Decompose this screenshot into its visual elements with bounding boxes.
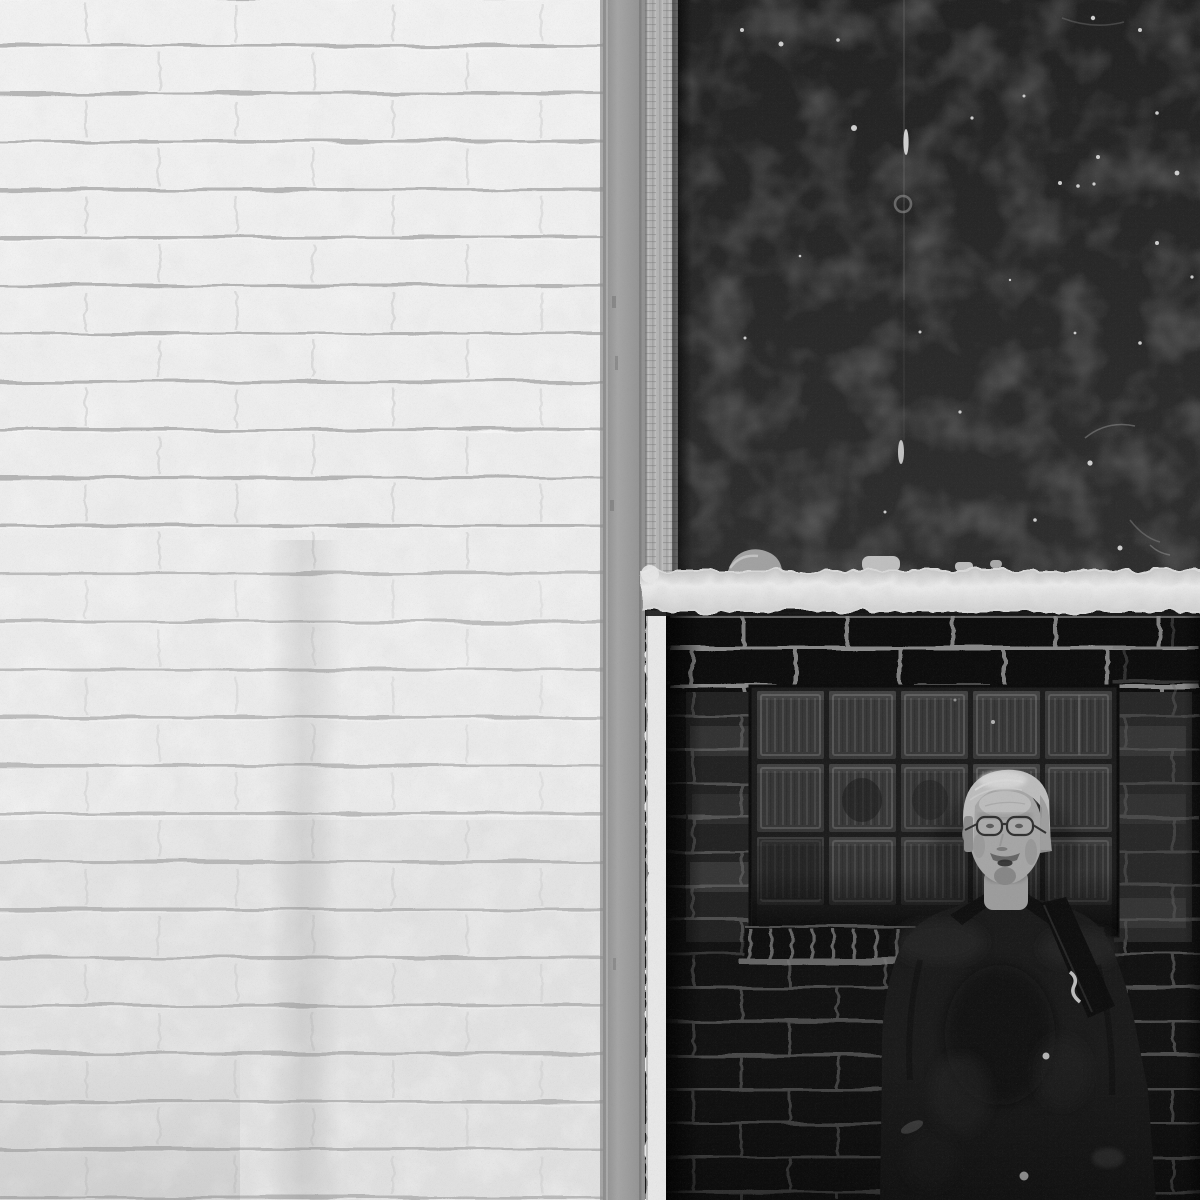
- photograph: Monochrome photo: white peeling-paint br…: [0, 0, 1200, 1200]
- film-grain: [0, 0, 1200, 1200]
- photo-canvas: Monochrome photo: white peeling-paint br…: [0, 0, 1200, 1200]
